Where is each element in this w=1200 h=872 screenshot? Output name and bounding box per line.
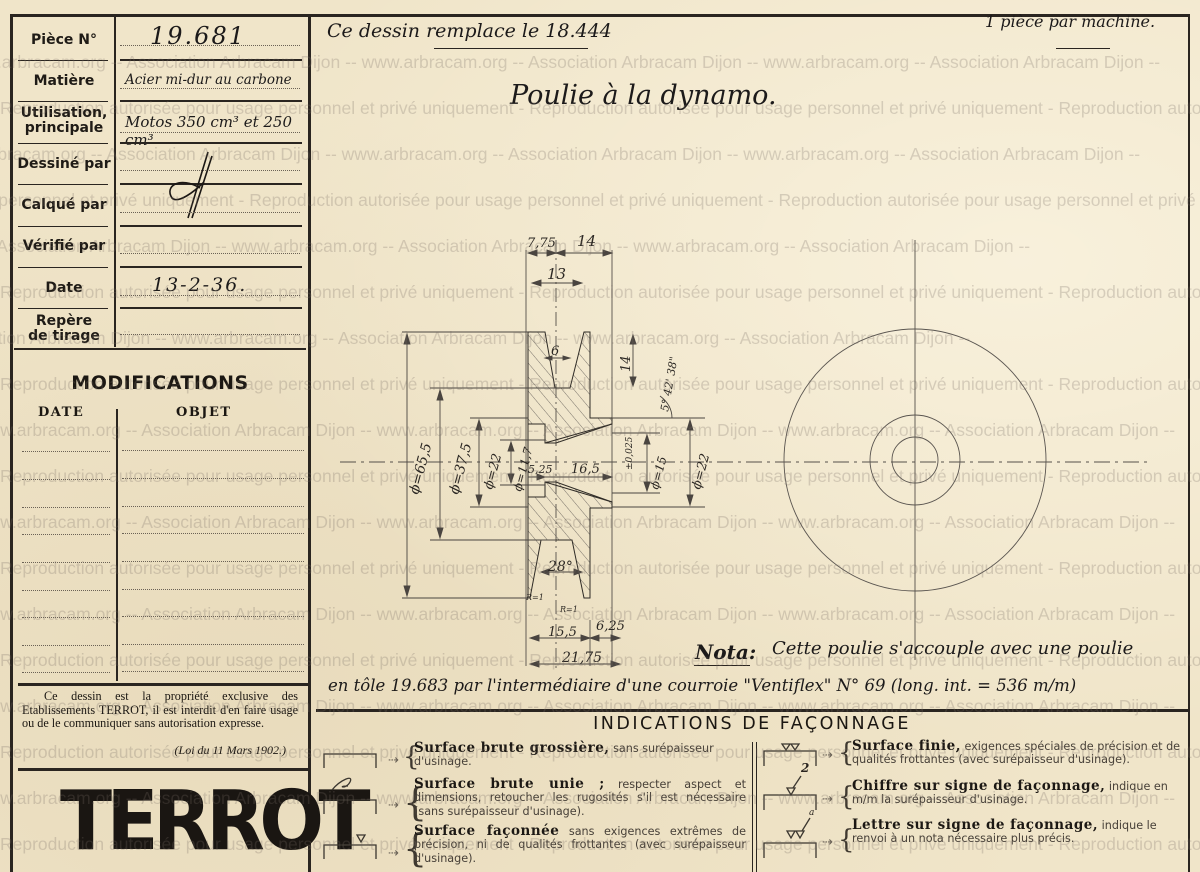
svg-text:28°: 28°: [547, 559, 573, 575]
nota-line2: en tôle 19.683 par l'intermédiaire d'une…: [328, 676, 1076, 695]
svg-text:21,75: 21,75: [561, 650, 602, 666]
svg-text:±0,025: ±0,025: [625, 436, 635, 470]
svg-text:14: 14: [619, 355, 634, 372]
indication-bold: Chiffre sur signe de façonnage,: [852, 778, 1105, 794]
indication-finished-surface: Surface finie, exigences spéciales de pr…: [852, 740, 1184, 767]
finished-surface-symbol-icon: 2 a: [760, 738, 850, 868]
indications-top-line: [316, 709, 1188, 712]
arrow-icon: ⇢: [388, 752, 399, 768]
svg-text:R=1: R=1: [525, 593, 544, 602]
indication-bold: Surface façonnée: [414, 823, 559, 839]
indication-bold: Surface finie,: [852, 738, 961, 754]
svg-text:6,25: 6,25: [596, 619, 625, 634]
arrow-icon: ⇢: [388, 845, 399, 861]
svg-text:5° 42' 38": 5° 42' 38": [658, 356, 680, 413]
indication-rough-surface: Surface brute grossière, sans surépaisse…: [414, 742, 746, 769]
nota-underline: [694, 665, 750, 666]
svg-text:ϕ=37,5: ϕ=37,5: [446, 441, 475, 496]
svg-text:ϕ=65,5: ϕ=65,5: [406, 441, 435, 496]
indications-divider: [756, 742, 757, 872]
dim-7-75: 7,75: [527, 236, 556, 251]
svg-text:6: 6: [551, 344, 559, 359]
indication-machined-surface: Surface façonnée sans exigences extrêmes…: [414, 825, 746, 865]
svg-text:14: 14: [577, 232, 596, 250]
symbol-mark-a: a: [809, 808, 814, 818]
indications-title: INDICATIONS DE FAÇONNAGE: [316, 714, 1188, 734]
svg-text:16,5: 16,5: [571, 462, 600, 477]
svg-text:ϕ=22: ϕ=22: [689, 452, 713, 491]
symbol-mark-2: 2: [800, 761, 809, 775]
arrow-icon: ⇢: [388, 797, 399, 813]
svg-text:5,25: 5,25: [528, 463, 553, 476]
svg-text:ϕ=15: ϕ=15: [647, 455, 669, 491]
indication-bold: Surface brute unie ;: [414, 776, 605, 792]
indication-bold: Lettre sur signe de façonnage,: [852, 817, 1098, 833]
indication-letter-on-symbol: Lettre sur signe de façonnage, indique l…: [852, 819, 1184, 846]
indication-bold: Surface brute grossière,: [414, 740, 610, 756]
indication-number-on-symbol: Chiffre sur signe de façonnage, indique …: [852, 780, 1184, 807]
indications-divider: [752, 742, 753, 872]
arrow-icon: ⇢: [822, 834, 833, 850]
svg-text:R=1: R=1: [559, 605, 578, 614]
svg-text:13: 13: [547, 265, 566, 283]
arrow-icon: ⇢: [822, 747, 833, 763]
arrow-icon: ⇢: [822, 791, 833, 807]
nota-label: Nota:: [695, 640, 756, 664]
svg-text:15,5: 15,5: [548, 625, 577, 640]
drawing-sheet: Pièce N° 19.681 Matière Acier mi-dur au …: [0, 0, 1200, 872]
nota-line1: Cette poulie s'accouple avec une poulie: [772, 638, 1133, 659]
indication-smooth-raw-surface: Surface brute unie ; respecter aspect et…: [414, 778, 746, 818]
